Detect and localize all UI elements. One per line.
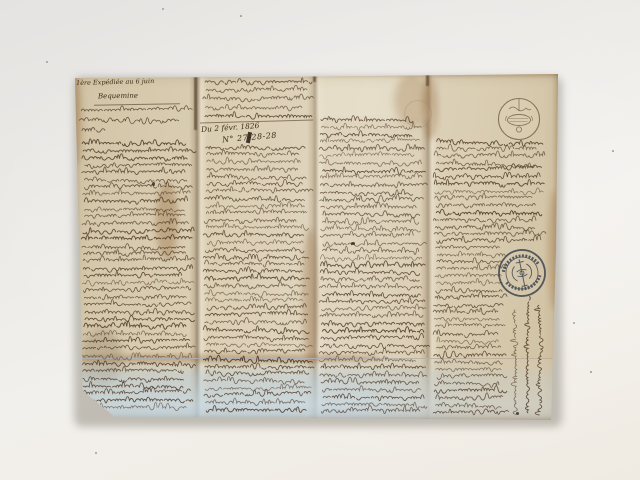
embossed-seal-stamp bbox=[496, 96, 542, 142]
dust-speck bbox=[590, 371, 592, 373]
handwriting-column bbox=[80, 138, 202, 416]
photo-frame: { "scene": { "type": "photograph of an a… bbox=[0, 0, 640, 480]
dust-speck bbox=[612, 150, 614, 152]
handwriting-vertical bbox=[506, 292, 548, 417]
handwriting-layer bbox=[70, 70, 562, 424]
handwriting-column bbox=[432, 136, 552, 250]
handwriting-column bbox=[318, 114, 434, 420]
dust-speck bbox=[162, 8, 164, 10]
ink-blot bbox=[351, 242, 355, 245]
handwriting-column bbox=[78, 103, 202, 139]
handwriting-column bbox=[202, 142, 318, 419]
dust-speck bbox=[95, 452, 97, 454]
handwriting-column bbox=[201, 75, 319, 125]
ink-blot bbox=[516, 412, 519, 415]
ink-blot bbox=[152, 182, 155, 186]
marginalia-line-2: Bequemine bbox=[98, 92, 138, 101]
manuscript-page: 1ère Expédiée au 6 juin Bequemine Du 2 f… bbox=[70, 70, 562, 424]
dust-speck bbox=[46, 61, 48, 63]
vertical-marginalia bbox=[506, 292, 546, 417]
dust-speck bbox=[573, 322, 575, 324]
ink-stamp bbox=[494, 245, 550, 301]
dust-speck bbox=[240, 15, 242, 17]
